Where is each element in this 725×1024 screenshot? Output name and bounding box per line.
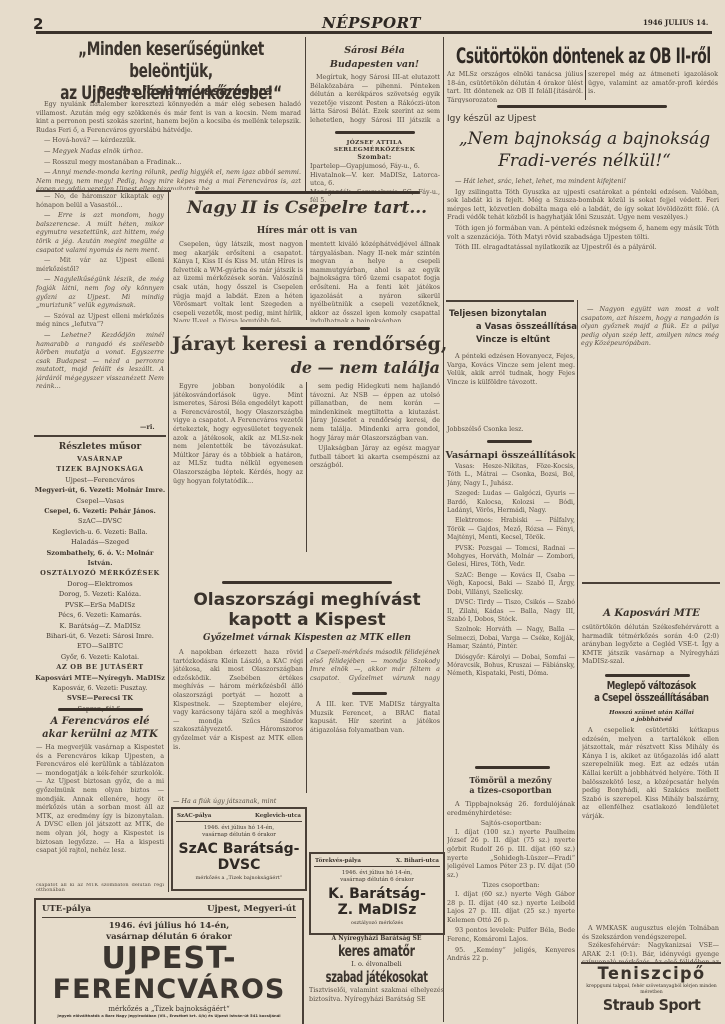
lineup: PVSK: Pozsgai — Tomcsi, Radnai — Mohgyes…: [447, 545, 575, 570]
paragraph: — Rosszul megy mostanában a Fradinak...: [36, 158, 301, 167]
program-match-detail: Győr, 6. Vezeti: Kalotai.: [34, 652, 166, 662]
sarosi-body: Megírtuk, hogy Sárosi III-at elutazott B…: [310, 73, 440, 125]
szac-ad: SzAC-pálya Keglevich-utca 1946. évi júli…: [171, 807, 307, 891]
lineup: Elektromos: Hrabiski — Pálfalvy, Török —…: [447, 517, 575, 542]
kbaratsag-ad-address: X. Bihari-utca: [396, 858, 439, 864]
ornament-rule: [497, 105, 667, 108]
ob2-body-left: Az MLSz országos elnöki tanácsa július 1…: [447, 70, 583, 103]
section-rule: [582, 582, 720, 584]
program-match-detail: Dorog, 5. Vezeti: Kalóza.: [34, 589, 166, 599]
teniszcipo-ad: Teniszcipő kreppgumi talppal, fehér szöv…: [578, 964, 725, 1014]
match-line: Hivatalnok—V. ker. MaDISz, Latorca-utca,…: [310, 171, 440, 188]
lineups-headline: Vasárnapi összeállítások: [444, 450, 577, 461]
olasz-body-left: A napokban érkezett haza rövid tartózkod…: [173, 648, 303, 791]
section-rule: [36, 190, 171, 192]
kbaratsag-ad-date: 1946. évi július hó 14-én,: [311, 870, 443, 877]
ftc-mtk-body: — Ha megverjük vasárnap a Kispestet és a…: [36, 743, 164, 883]
ornament-rule: [487, 440, 532, 443]
jarayt-body-left: Egyre jobban bonyolódik a játékosvándorl…: [173, 382, 303, 550]
jarayt-headline-line2: de — nem találja: [285, 358, 440, 377]
olasz-headline: Olaszországi meghívást kapott a Kispest: [172, 590, 442, 630]
result: 93 pontos levelek: Pulfer Béla, Bede Fer…: [447, 926, 575, 943]
program-section-heading: OSZTÁLYOZÓ MÉRKŐZÉSEK: [34, 568, 166, 578]
rudas-subhead: Rudas jóslatai vasárnapra: [60, 84, 310, 98]
ftc-mtk-headline-line1: A Ferencváros elé: [34, 715, 166, 728]
program-match-teams: Csepel—Vasas: [34, 496, 166, 506]
paragraph: Ujlakságban Járay az egész magyar futbal…: [310, 444, 440, 470]
nagy2-headline: Nagy II is Csepelre tart...: [172, 198, 442, 218]
teniszcipo-title: Teniszcipő: [578, 964, 725, 984]
ob2-headline: Csütörtökön döntenek az OB II-ről: [456, 44, 711, 68]
paragraph: — Nagylelkűségünk lészik, de még fogják …: [36, 275, 164, 309]
paragraph: Tóth III. elragadtatással nyilatkozik az…: [447, 243, 719, 252]
column-rule: [306, 240, 307, 320]
paragraph: Egy nyulánk fiatalember keresztezi könny…: [36, 100, 301, 134]
nagy2-body-left: Csepelen, úgy látszik, most nagyon meg a…: [173, 240, 303, 322]
ujpest-headline: „Nem bajnokság a bajnokság Fradi-verés n…: [447, 128, 722, 172]
ornament-rule: [222, 581, 392, 584]
ornament-rule: [195, 191, 420, 194]
paragraph: — Hová-hová? — kérdezzük.: [36, 136, 301, 145]
kbaratsag-ad-title-line2: Z. MaDISz: [311, 902, 443, 918]
vasas-headline-line1: Teljesen bizonytalan: [449, 308, 577, 321]
kbaratsag-ad: Törekvés-pálya X. Bihari-utca 1946. évi …: [309, 852, 445, 935]
column-rule: [168, 192, 169, 892]
program-day: VASÁRNAP: [34, 454, 166, 464]
vasas-body: A pénteki edzésen Hovanyecz, Fejes, Varg…: [447, 352, 575, 430]
ute-ad-subtitle: mérkőzés a „Tizek bajnokságáért“: [36, 1005, 302, 1013]
wmkask-note: A WMKASK augusztus elején Tolnában és Sz…: [582, 924, 719, 941]
csepel-headline: Meglepő változások a Csepel összeállítás…: [578, 680, 725, 704]
kbaratsag-ad-venue: Törekvés-pálya: [315, 858, 361, 864]
teniszcipo-subtitle: kreppgumi talppal, fehér szövetanyagból …: [578, 984, 725, 996]
program-match-teams: Haladás—Szeged: [34, 537, 166, 547]
szac-ad-time: vasárnap délután 6 órakor: [173, 832, 305, 839]
jozsef-attila-title: JÓZSEF ATTILA SERLEGMÉRKŐZÉSEK Szombat:: [306, 140, 443, 161]
ujpest-headline-line2: Fradi-verés nélkül!“: [447, 150, 722, 172]
ute-ad-venue: UTE-pálya: [42, 904, 91, 914]
jozsef-attila-label: Szombat:: [306, 154, 443, 161]
sarosi-headline: Sárosi Béla Budapesten van!: [306, 44, 443, 72]
csepel-body: A csepeliek csütörtöki kétkapus edzésén,…: [582, 726, 719, 922]
tomoren-headline-line1: Tömörül a mezőny: [444, 775, 577, 785]
rudas-body: Egy nyulánk fiatalember keresztezi könny…: [36, 100, 301, 190]
result: 95. „Kemény“ jeligés, Kenyeres András 22…: [447, 946, 575, 963]
program-section-heading: AZ OB BE JUTÁSÉRT: [34, 662, 166, 672]
newspaper-title: NÉPSPORT: [322, 14, 421, 32]
result: I. díjat (60 sz.) nyerte Végh Gábor 28 p…: [447, 890, 575, 924]
ute-ad-address: Ujpest, Megyeri-út: [207, 904, 296, 914]
csepel-subhead-line1: Hosszú szünet után Kállai: [578, 710, 725, 717]
vasas-tail: Jobbszélső Csonka lesz.: [447, 425, 575, 434]
program-match-detail: Kaposvár, 6. Vezeti: Pusztay.: [34, 683, 166, 693]
paragraph: A pénteki edzésen Hovanyecz, Fejes, Varg…: [447, 352, 575, 386]
program-match-detail: Bihari-út, 6. Vezeti: Sárosi Imre.: [34, 631, 166, 641]
olasz-headline-line1: Olaszországi meghívást: [172, 590, 442, 610]
lineups-list: Vasas: Hesze-Nikitas, Föze-Kocsis, Tóth …: [447, 463, 575, 753]
csepel-subhead-line2: a jobbhátvéd: [578, 717, 725, 724]
program-match-teams: Kaposvári MTE—Nyíregyh. MaDISz: [34, 673, 166, 683]
program-match-teams: K. Barátság—Z. MaDISz: [34, 621, 166, 631]
program-match-teams: Ujpest—Ferencváros: [34, 475, 166, 485]
szac-ad-address: Keglevich-utca: [255, 813, 301, 819]
paragraph: — Mit vár az Ujpest elleni mérkőzéstől?: [36, 256, 164, 273]
program-title: Részletes műsor: [34, 441, 166, 454]
vasas-headline: Teljesen bizonytalan a Vasas összeállítá…: [449, 308, 577, 347]
issue-date: 1946 JULIUS 14.: [643, 18, 708, 27]
paragraph: — No, de háromszor kikaptak egy hónapon …: [36, 192, 164, 209]
szac-ad-date: 1946. évi július hó 14-én,: [173, 825, 305, 832]
program-match-detail: Pécs, 6. Vezeti: Kamarás.: [34, 610, 166, 620]
nyiregyhaza-ad-line2: I. o. élvonalbeli: [309, 960, 444, 968]
ute-ad-title-line2: FERENCVÁROS: [36, 974, 302, 1005]
kaposvar-headline: A Kaposvári MTE: [578, 608, 725, 619]
lineup: Vasas: Hesze-Nikitas, Föze-Kocsis, Tóth …: [447, 463, 575, 488]
kbaratsag-ad-time: vasárnap délután 6 órakor: [311, 877, 443, 884]
olasz-tail: — Ha a fiúk úgy játszanak, mint: [173, 797, 303, 806]
section-rule: [34, 435, 166, 437]
program-box: Részletes műsor VASÁRNAP TIZEK BAJNOKSÁG…: [34, 441, 166, 714]
program-match-detail: Csepel, 6. Vezeti: Pehár János.: [34, 506, 166, 516]
ornament-rule: [58, 708, 143, 711]
program-match-detail: Keglevich-u. 6. Vezeti: Balla.: [34, 527, 166, 537]
lineup: Szolnok: Horváth — Nagy, Balla — Selmecz…: [447, 626, 575, 651]
ute-ad-title-line1: UJPEST-: [36, 943, 302, 974]
nyiregyhaza-ad-body: Tisztviselői, valamint szakmai elhelyezé…: [309, 986, 444, 1003]
kbaratsag-ad-subtitle: osztályozó mérkőzés: [311, 920, 443, 926]
paragraph: Igy zsilingatta Tóth Gyuszka az ujpesti …: [447, 188, 719, 222]
paragraph: A Tippbajnokság 26. fordulójának eredmén…: [447, 800, 575, 817]
group-label: Tizes csoportban:: [447, 881, 575, 890]
lineup: SzAC: Benge — Kovács II, Csaba — Végh, K…: [447, 572, 575, 597]
paragraph: — Szóval az Ujpest elleni mérkőzés még n…: [36, 312, 164, 329]
program-match-teams: SVSE—Perecsi TK: [34, 693, 166, 703]
olasz-subhead: Győzelmet várnak Kispesten az MTK ellen: [172, 633, 442, 643]
nyiregyhaza-ad-line1: keres amatőr: [309, 942, 444, 960]
ujpest-quote: — Nagyon együtt van most a volt csapatom…: [581, 305, 719, 460]
ob2-body-right: szerepel még az átmeneti igazolások ügye…: [588, 70, 718, 96]
match-line: Ipartelep—Gyapjumosó, Fáy-u., 6.: [310, 162, 440, 171]
group-label: Sajtós-csoportban:: [447, 819, 575, 828]
paragraph: — Erre is azt mondom, hogy balszerencse.…: [36, 211, 164, 254]
nyiregyhaza-ad-line3: szabad játékosokat: [309, 968, 444, 986]
olasz-body-right: a Csepeli-mérkőzés második félidejének e…: [310, 648, 440, 683]
ftc-mtk-headline-line2: akar kerülni az MTK: [34, 728, 166, 741]
ute-ad-date: 1946. évi július hó 14-én,: [36, 921, 302, 932]
ornament-rule: [605, 674, 690, 677]
paragraph: — Hát lehet, srác, lehet, lehet, ma mind…: [447, 177, 719, 186]
jozsef-attila-title-line1: JÓZSEF ATTILA: [306, 140, 443, 147]
szac-ad-title-line2: DVSC: [173, 857, 305, 873]
ftc-mtk-tail: csapatot áll ki az MTK szombaton délután…: [36, 883, 164, 892]
program-match-detail: Szombathely, 6. ó. V.: Molnár István.: [34, 548, 166, 569]
paragraph: sem pedig Hidegkuti nem hajlandó távozni…: [310, 382, 440, 442]
olasz-headline-line2: kapott a Kispest: [172, 610, 442, 630]
nyiregyhaza-ad-org: A Nyíregyházi Barátság SE: [309, 935, 444, 942]
program-match-teams: ETO—SalBTC: [34, 641, 166, 651]
tomoren-body: A Tippbajnokság 26. fordulójának eredmén…: [447, 800, 575, 1022]
ftc-mtk-headline: A Ferencváros elé akar kerülni az MTK: [34, 715, 166, 741]
program-match-teams: PVSK—ErSa MaDISz: [34, 600, 166, 610]
column-rule: [585, 70, 586, 100]
ornament-rule: [335, 131, 415, 134]
ute-ad-fine-print: Jegyek előválthatók a Barz Nagy Jegyirod…: [36, 1013, 302, 1018]
ujpest-body: — Hát lehet, srác, lehet, lehet, ma mind…: [447, 177, 719, 302]
ujpest-headline-line1: „Nem bajnokság a bajnokság: [447, 128, 722, 150]
csepel-subhead: Hosszú szünet után Kállai a jobbhátvéd: [578, 710, 725, 724]
program-section-heading: TIZEK BAJNOKSÁGA: [34, 464, 166, 474]
program-match-detail: Megyeri-út, 6. Vezeti: Molnár Imre.: [34, 485, 166, 495]
szac-ad-subtitle: mérkőzés a „Tizek bajnokságáért“: [173, 875, 305, 881]
lineup: Szeged: Ludas — Galgóczi, Gyuris — Bardó…: [447, 490, 575, 515]
program-match-teams: Dorog—Elektromos: [34, 579, 166, 589]
ornament-rule: [352, 692, 387, 695]
jarayt-headline-line1: Járayt keresi a rendőrség,: [172, 333, 447, 355]
lineup: Diósgyőr: Károlyi — Dobai, Somfai — Móra…: [447, 654, 575, 679]
paragraph: Tóth igen jó formában van. A pénteki edz…: [447, 224, 719, 241]
nagy2-body-right: mentett kiváló középhátvédjével állnak t…: [310, 240, 440, 322]
jarayt-body-right: sem pedig Hidegkuti nem hajlandó távozni…: [310, 382, 440, 552]
szac-ad-title-line1: SzAC Barátság-: [173, 841, 305, 857]
szac-ad-venue: SzAC-pálya: [177, 813, 211, 819]
ornament-rule: [240, 327, 370, 330]
tomoren-headline-line2: a tizes-csoportban: [444, 785, 577, 795]
ujpest-kicker: Igy készül az Ujpest: [447, 114, 536, 124]
csepel-headline-line2: a Csepel összeállításában: [578, 692, 725, 704]
ujpest-ferencvaros-ad: UTE-pálya Ujpest, Megyeri-út 1946. évi j…: [34, 898, 304, 1024]
jozsef-attila-title-line2: SERLEGMÉRKŐZÉSEK: [306, 147, 443, 154]
column-rule: [306, 648, 307, 793]
nyiregyhaza-ad: A Nyíregyházi Barátság SE keres amatőr I…: [309, 935, 444, 1003]
kaposvar-body: csütörtökön délután Székesfehérvárott a …: [582, 623, 719, 666]
program-match-teams: SzAC—DVSC: [34, 516, 166, 526]
nagy2-subhead: Híres már ott is van: [172, 226, 442, 236]
lineup: DVSC: Tirdy — Tiszo, Csikós — Szabó II, …: [447, 599, 575, 624]
vasas-headline-line3: Vincze is eltűnt: [449, 334, 577, 347]
tomoren-headline: Tömörül a mezőny a tizes-csoportban: [444, 775, 577, 795]
olasz-tve: A III. ker. TVE MaDISz tárgyalta Muzsik …: [310, 700, 440, 790]
paragraph: — Megyek Nadas elnök úrhoz.: [36, 147, 301, 156]
rudas-headline-line1: „Minden keserűségünket beleöntjük,: [36, 38, 306, 82]
paragraph: — Annyi mende-monda kering rólunk, pedig…: [36, 168, 301, 190]
result: I. díjat (100 sz.) nyerte Paulheim Józse…: [447, 828, 575, 880]
section-rule: [446, 300, 574, 302]
vasas-headline-line2: a Vasas összeállítása: [449, 321, 577, 334]
sarosi-headline-line2: Budapesten van!: [306, 58, 443, 72]
teniszcipo-brand: Straub Sport: [578, 996, 725, 1014]
ornament-rule: [475, 766, 550, 769]
rudas-signature: —ri.: [140, 423, 155, 431]
kbaratsag-ad-title-line1: K. Barátság-: [311, 886, 443, 902]
rudas-body-continued: — No, de háromszor kikaptak egy hónapon …: [36, 192, 164, 397]
masthead-rule: [36, 31, 712, 34]
column-rule: [306, 382, 307, 552]
paragraph: — Lehetne? Kezdődjön minél hamarabb a ra…: [36, 331, 164, 391]
sarosi-headline-line1: Sárosi Béla: [306, 44, 443, 58]
column-rule: [577, 300, 578, 1024]
